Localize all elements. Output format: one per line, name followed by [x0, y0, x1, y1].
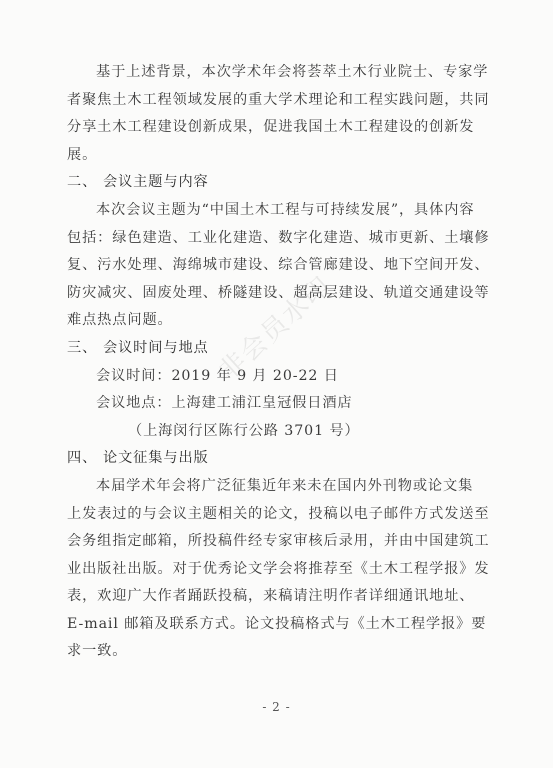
- section-title: 会议主题与内容: [103, 174, 209, 190]
- paragraph-line: 上发表过的与会议主题相关的论文，投稿以电子邮件方式发送至: [67, 501, 467, 529]
- document-page: 非会员水印 基于上述背景，本次学术年会将荟萃土木行业院士、专家学 者聚焦土木工程…: [0, 0, 553, 768]
- meeting-time: 会议时间：2019 年 9 月 20-22 日: [67, 363, 467, 391]
- paragraph-line: 本次会议主题为“中国土木工程与可持续发展”，具体内容: [67, 197, 467, 225]
- paragraph-line: 表，欢迎广大作者踊跃投稿，来稿请注明作者详细通讯地址、: [67, 583, 467, 611]
- section-title: 会议时间与地点: [103, 340, 209, 356]
- document-body: 基于上述背景，本次学术年会将荟萃土木行业院士、专家学 者聚焦土木工程领域发展的重…: [67, 59, 467, 666]
- meeting-venue-value: 上海建工浦江皇冠假日酒店: [171, 395, 352, 411]
- meeting-time-value: 2019 年 9 月 20-22 日: [171, 368, 338, 384]
- paragraph-line: 会务组指定邮箱，所投稿件经专家审核后录用，并由中国建筑工: [67, 528, 467, 556]
- paragraph-background: 基于上述背景，本次学术年会将荟萃土木行业院士、专家学 者聚焦土木工程领域发展的重…: [67, 59, 467, 169]
- paragraph-line: 者聚焦土木工程领域发展的重大学术理论和工程实践问题，共同: [67, 87, 467, 115]
- paragraph-papers: 本届学术年会将广泛征集近年来未在国内外刊物或论文集 上发表过的与会议主题相关的论…: [67, 473, 467, 666]
- paragraph-line: 复、污水处理、海绵城市建设、综合管廊建设、地下空间开发、: [67, 252, 467, 280]
- paragraph-line: 防灾减灾、固废处理、桥隧建设、超高层建设、轨道交通建设等: [67, 280, 467, 308]
- paragraph-line: 本届学术年会将广泛征集近年来未在国内外刊物或论文集: [67, 473, 467, 501]
- paragraph-line: E-mail 邮箱及联系方式。论文投稿格式与《土木工程学报》要: [67, 611, 467, 639]
- section-number: 二、: [67, 169, 103, 197]
- section-number: 四、: [67, 445, 103, 473]
- section-title: 论文征集与出版: [103, 450, 209, 466]
- meeting-venue-label: 会议地点：: [96, 395, 171, 411]
- section-heading-4: 四、论文征集与出版: [67, 445, 467, 473]
- paragraph-line: 基于上述背景，本次学术年会将荟萃土木行业院士、专家学: [67, 59, 467, 87]
- paragraph-theme: 本次会议主题为“中国土木工程与可持续发展”，具体内容 包括：绿色建造、工业化建造…: [67, 197, 467, 335]
- section-heading-2: 二、会议主题与内容: [67, 169, 467, 197]
- paragraph-line: 求一致。: [67, 638, 467, 666]
- meeting-venue: 会议地点：上海建工浦江皇冠假日酒店: [67, 390, 467, 418]
- section-number: 三、: [67, 335, 103, 363]
- paragraph-line: 分享土木工程建设创新成果，促进我国土木工程建设的创新发: [67, 114, 467, 142]
- page-number: - 2 -: [0, 700, 553, 714]
- section-heading-3: 三、会议时间与地点: [67, 335, 467, 363]
- meeting-time-label: 会议时间：: [96, 368, 171, 384]
- paragraph-line: 难点热点问题。: [67, 307, 467, 335]
- paragraph-line: 包括：绿色建造、工业化建造、数字化建造、城市更新、土壤修: [67, 225, 467, 253]
- paragraph-line: 展。: [67, 142, 467, 170]
- paragraph-line: 业出版社出版。对于优秀论文学会将推荐至《土木工程学报》发: [67, 556, 467, 584]
- meeting-address: （上海闵行区陈行公路 3701 号）: [67, 418, 467, 446]
